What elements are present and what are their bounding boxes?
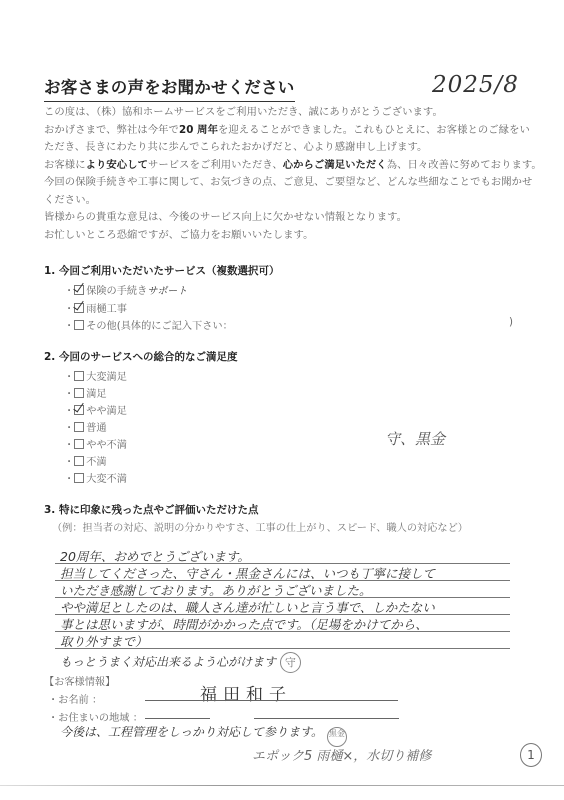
name-value[interactable]: 福田和子	[200, 680, 292, 705]
area-input-line-1[interactable]	[145, 718, 210, 719]
checkbox-unchecked[interactable]	[74, 371, 84, 381]
name-label: ・お名前 ：	[48, 691, 102, 706]
name-input-line[interactable]	[145, 700, 398, 701]
checkbox-checked[interactable]	[74, 405, 84, 415]
page-title: お客さまの声をお聞かせください	[44, 74, 295, 102]
question-3-title: 3. 特に印象に残った点やご評価いただけた点	[44, 502, 258, 517]
checkbox-unchecked[interactable]	[74, 456, 84, 466]
handwritten-memo: エポック5 雨樋×，水切り補修	[252, 745, 431, 764]
question-2-title: 2. 今回のサービスへの総合的なご満足度	[44, 349, 237, 364]
intro-line: この度は、（株）協和ホームサービスをご利用いただき、誠にありがとうございます。	[44, 104, 524, 122]
handwritten-comment-line: 20周年、おめでとうございます。	[60, 547, 250, 565]
q2-option[interactable]: ・普通	[64, 419, 107, 434]
intro-line: お忙しいところ恐縮ですが、ご協力をお願いいたします。	[44, 227, 524, 245]
checkbox-unchecked[interactable]	[74, 388, 84, 398]
q2-option[interactable]: ・不満	[64, 453, 107, 468]
handwritten-comment-line: 事とは思いますが、時間がかかった点です。（足場をかけてから、	[60, 615, 428, 633]
q1-option-gutter[interactable]: ・雨樋工事	[64, 300, 127, 315]
q2-option[interactable]: ・満足	[64, 385, 107, 400]
checkbox-unchecked[interactable]	[74, 320, 84, 330]
intro-line: お客様により安心してサービスをご利用いただき、心からご満足いただく為、日々改善に…	[44, 157, 524, 175]
checkbox-unchecked[interactable]	[74, 473, 84, 483]
handwritten-comment-line: いただき感謝しております。ありがとうございました。	[60, 581, 372, 599]
intro-line: 皆様からの貴重な意見は、今後のサービス向上に欠かせない情報となります。	[44, 209, 524, 227]
q1-option-insurance[interactable]: ・保険の手続きサポート	[64, 282, 187, 297]
page-number-circle: 1	[520, 743, 542, 767]
intro-line: 今回の保険手続きや工事に関して、お気づきの点、ご意見、ご要望など、どんな些細なこ…	[44, 174, 524, 192]
checkbox-checked[interactable]	[74, 303, 84, 313]
intro-line: ただき、長きにわたり共に歩んでこられたおかげだと、心より感謝申し上げます。	[44, 139, 524, 157]
intro-line: ください。	[44, 192, 524, 210]
question-1-title: 1. 今回ご利用いただいたサービス（複数選択可）	[44, 263, 279, 278]
area-label: ・お住まいの地域 ：	[48, 709, 143, 724]
staff-reply-1: もっとうまく対応出来るよう心がけます 守	[60, 652, 301, 673]
seal-stamp-icon: 黒金	[327, 727, 347, 747]
q2-option[interactable]: ・大変不満	[64, 470, 127, 485]
q1-other-close-paren: )	[509, 317, 513, 328]
handwritten-comment-line: 取り外すまで）	[60, 632, 148, 650]
q2-option[interactable]: ・大変満足	[64, 368, 127, 383]
q2-option[interactable]: ・やや満足	[64, 402, 127, 417]
handwritten-comment-line: 担当してくださった、守さん・黒金さんには、いつも丁寧に接して	[60, 564, 435, 582]
handwritten-staff-names: 守、黒金	[385, 428, 445, 449]
handwritten-comment-line: やや満足としたのは、職人さん達が忙しいと言う事で、しかたない	[60, 598, 435, 616]
q2-option[interactable]: ・やや不満	[64, 436, 127, 451]
seal-stamp-icon: 守	[280, 652, 301, 673]
checkbox-unchecked[interactable]	[74, 439, 84, 449]
checkbox-unchecked[interactable]	[74, 422, 84, 432]
area-input-line-2[interactable]	[254, 718, 399, 719]
customer-info-label: 【お客様情報】	[44, 673, 115, 688]
checkbox-checked[interactable]	[74, 285, 84, 295]
q1-option-other[interactable]: ・その他(具体的にご記入下さい：	[64, 317, 233, 332]
staff-reply-2: 今後は、工程管理をしっかり対応して参ります。 黒金	[60, 723, 347, 747]
question-3-hint: （例：担当者の対応、説明の分かりやすさ、工事の仕上がり、スピード、職人の対応など…	[52, 519, 468, 534]
intro-line: おかげさまで、弊社は今年で20 周年を迎えることができました。これもひとえに、お…	[44, 122, 524, 140]
intro-paragraph: この度は、（株）協和ホームサービスをご利用いただき、誠にありがとうございます。 …	[44, 104, 524, 244]
handwritten-date: 2025/8	[432, 72, 519, 98]
handwritten-note: サポート	[147, 286, 187, 297]
bottom-divider	[0, 785, 564, 786]
